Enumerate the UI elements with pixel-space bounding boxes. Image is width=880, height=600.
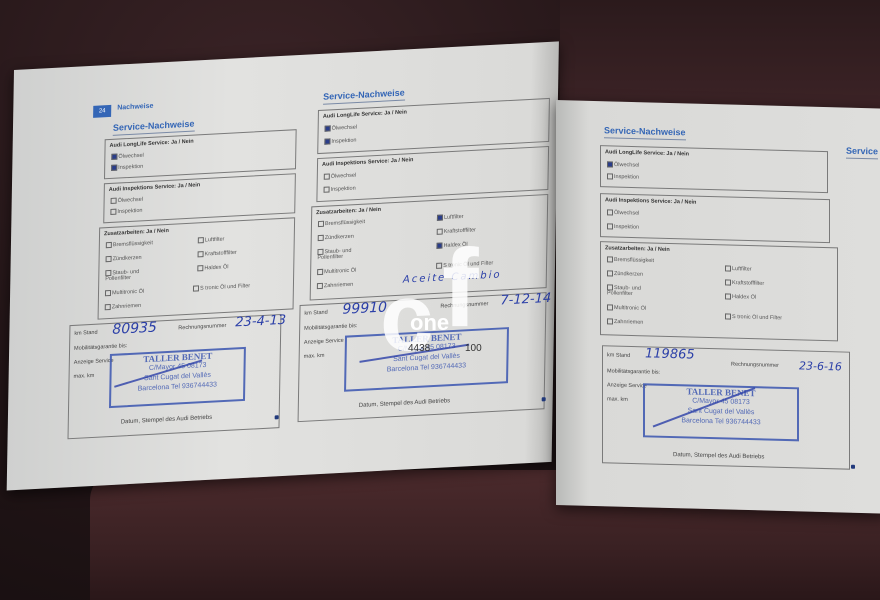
checkbox-icon bbox=[324, 173, 330, 179]
checkbox-item[interactable]: Zündkerzen bbox=[607, 270, 643, 277]
watermark-right-number: 100 bbox=[465, 343, 482, 354]
checkbox-icon bbox=[607, 173, 613, 179]
box-title: Audi Inspektions Service: Ja / Nein bbox=[605, 197, 696, 205]
invoice-label: Rechnungsnummer bbox=[178, 323, 226, 332]
checkbox-item[interactable]: Zündkerzen bbox=[106, 254, 142, 262]
checkbox-icon bbox=[198, 237, 204, 243]
checkbox-item[interactable]: Inspektion bbox=[111, 163, 143, 171]
checkbox-icon bbox=[193, 285, 199, 291]
checkbox-item[interactable]: Ölwechsel bbox=[324, 172, 356, 180]
checkbox-icon bbox=[607, 209, 613, 215]
max-km-label: max. km bbox=[607, 396, 628, 403]
service-record-box: km Stand 119865 Rechnungsnummer 23-6-16 … bbox=[602, 345, 850, 469]
checkbox-icon bbox=[106, 256, 112, 262]
checkbox-icon bbox=[111, 165, 117, 171]
watermark-left-number: 4438 bbox=[408, 343, 430, 354]
box-title: Audi LongLife Service: Ja / Nein bbox=[110, 139, 194, 149]
invoice-value: 23-6-16 bbox=[799, 359, 842, 373]
checkbox-icon bbox=[317, 283, 323, 289]
checkbox-icon bbox=[324, 186, 330, 192]
longlife-box: Audi LongLife Service: Ja / Nein Ölwechs… bbox=[317, 98, 550, 154]
max-km-label: max. km bbox=[74, 373, 95, 380]
checkbox-icon bbox=[607, 318, 613, 324]
box-title: Zusatzarbeiten: Ja / Nein bbox=[104, 228, 169, 237]
checkbox-item[interactable]: Kraftstofffilter bbox=[725, 279, 764, 286]
km-label: km Stand bbox=[607, 352, 630, 359]
page-marker bbox=[275, 415, 279, 419]
checkbox-icon bbox=[725, 313, 731, 319]
checkbox-icon bbox=[607, 270, 613, 276]
watermark-text: one bbox=[410, 310, 449, 336]
inspection-box: Audi Inspektions Service: Ja / Nein Ölwe… bbox=[103, 173, 296, 223]
stamp-caption: Datum, Stempel des Audi Betriebs bbox=[121, 415, 212, 426]
checkbox-icon bbox=[318, 221, 324, 227]
section-title: Service-Nachweise bbox=[113, 119, 195, 136]
checkbox-icon bbox=[105, 270, 111, 276]
checkbox-item[interactable]: S tronic Öl und Filter bbox=[193, 283, 250, 292]
checkbox-item[interactable]: Zündkerzen bbox=[318, 233, 354, 241]
checkbox-item[interactable]: Bremsflüssigkeit bbox=[106, 240, 153, 249]
checkbox-icon bbox=[197, 265, 203, 271]
next-section-title: Service bbox=[846, 146, 878, 160]
invoice-value: 7-12-14 bbox=[500, 291, 551, 309]
checkbox-item[interactable]: Multitronic Öl bbox=[317, 267, 356, 276]
right-page: Service-Nachweise Service Audi LongLife … bbox=[556, 100, 880, 514]
checkbox-item[interactable]: Inspektion bbox=[324, 185, 356, 193]
checkbox-item[interactable]: Bremsflüssigkeit bbox=[607, 256, 654, 264]
checkbox-icon bbox=[725, 279, 731, 285]
box-title: Zusatzarbeiten: Ja / Nein bbox=[316, 207, 381, 216]
checkbox-item[interactable]: Luftfilter bbox=[198, 236, 225, 244]
extra-work-box: Zusatzarbeiten: Ja / Nein Bremsflüssigke… bbox=[600, 241, 838, 341]
checkbox-icon bbox=[105, 304, 111, 310]
checkbox-item[interactable]: Multitronic Öl bbox=[105, 288, 144, 297]
display-label: Anzeige Service bbox=[304, 338, 344, 346]
checkbox-icon bbox=[324, 138, 330, 144]
invoice-label: Rechnungsnummer bbox=[731, 362, 779, 369]
checkbox-item[interactable]: Luftfilter bbox=[437, 213, 464, 221]
checkbox-icon bbox=[111, 198, 117, 204]
checkbox-icon bbox=[607, 161, 613, 167]
section-title: Service-Nachweise bbox=[323, 87, 405, 104]
stamp-caption: Datum, Stempel des Audi Betriebs bbox=[359, 398, 450, 409]
mobility-label: Mobilitätsgarantie bis: bbox=[607, 368, 660, 375]
checkbox-item[interactable]: Inspektion bbox=[110, 207, 142, 215]
service-record-box: km Stand 80935 Rechnungsnummer 23-4-13 M… bbox=[67, 314, 281, 439]
checkbox-icon bbox=[607, 256, 613, 262]
box-title: Zusatzarbeiten: Ja / Nein bbox=[605, 245, 670, 253]
checkbox-item[interactable]: Inspektion bbox=[607, 173, 639, 180]
workshop-stamp: TALLER BENET C/Mayor 45 08173 Sant Cugat… bbox=[109, 347, 246, 408]
checkbox-item[interactable]: Zahnriemen bbox=[607, 318, 643, 325]
inspection-box: Audi Inspektions Service: Ja / Nein Ölwe… bbox=[316, 146, 549, 202]
page-header: Nachweise bbox=[117, 103, 153, 112]
workshop-stamp: TALLER BENET C/Mayor 45 08173 Sant Cugat… bbox=[643, 383, 799, 441]
box-title: Audi Inspektions Service: Ja / Nein bbox=[109, 182, 200, 193]
checkbox-icon bbox=[111, 154, 117, 160]
checkbox-icon bbox=[317, 269, 323, 275]
checkbox-item[interactable]: Staub- und Pollenfilter bbox=[105, 267, 165, 283]
longlife-box: Audi LongLife Service: Ja / Nein Ölwechs… bbox=[600, 145, 828, 193]
km-label: km Stand bbox=[304, 310, 327, 317]
checkbox-icon bbox=[317, 249, 323, 255]
checkbox-item[interactable]: Zahnriemen bbox=[105, 302, 141, 310]
checkbox-item[interactable]: Multitronic Öl bbox=[607, 304, 646, 311]
checkbox-icon bbox=[318, 235, 324, 241]
checkbox-icon bbox=[198, 251, 204, 257]
seat-backrest bbox=[560, 0, 880, 110]
checkbox-icon bbox=[106, 242, 112, 248]
stamp-caption: Datum, Stempel des Audi Betriebs bbox=[673, 452, 764, 460]
page-number: 24 bbox=[93, 105, 111, 118]
watermark-logo: c f one 4438 100 bbox=[380, 240, 500, 365]
checkbox-icon bbox=[105, 290, 111, 296]
invoice-value: 23-4-13 bbox=[235, 313, 286, 331]
mobility-label: Mobilitätsgarantie bis: bbox=[304, 323, 357, 332]
box-title: Audi LongLife Service: Ja / Nein bbox=[323, 109, 407, 119]
checkbox-item[interactable]: Ölwechsel bbox=[607, 209, 639, 216]
checkbox-icon bbox=[437, 215, 443, 221]
display-label: Anzeige Service bbox=[74, 358, 114, 366]
checkbox-icon bbox=[607, 223, 613, 229]
checkbox-icon bbox=[607, 304, 613, 310]
box-title: Audi LongLife Service: Ja / Nein bbox=[605, 149, 689, 157]
km-value: 80935 bbox=[112, 320, 157, 338]
checkbox-item[interactable]: Inspektion bbox=[324, 137, 356, 145]
checkbox-item[interactable]: Kraftstofffilter bbox=[198, 249, 237, 258]
checkbox-item[interactable]: Luftfilter bbox=[725, 265, 752, 272]
km-value: 119865 bbox=[645, 346, 695, 362]
box-title: Audi Inspektions Service: Ja / Nein bbox=[322, 157, 413, 168]
page-marker bbox=[851, 465, 855, 469]
checkbox-item[interactable]: Haldex Öl bbox=[197, 264, 228, 272]
extra-work-box: Zusatzarbeiten: Ja / Nein Bremsflüssigke… bbox=[98, 217, 296, 319]
longlife-box: Audi LongLife Service: Ja / Nein Ölwechs… bbox=[104, 129, 297, 179]
section-title: Service-Nachweise bbox=[604, 125, 686, 140]
mobility-label: Mobilitätsgarantie bis: bbox=[74, 343, 127, 352]
checkbox-item[interactable]: Bremsflüssigkeit bbox=[318, 219, 365, 228]
checkbox-item[interactable]: Ölwechsel bbox=[111, 152, 143, 160]
checkbox-item[interactable]: Inspektion bbox=[607, 223, 639, 230]
checkbox-item[interactable]: Ölwechsel bbox=[111, 196, 143, 204]
checkbox-icon bbox=[110, 209, 116, 215]
checkbox-item[interactable]: Staub- und Pollenfilter bbox=[607, 284, 667, 298]
checkbox-icon bbox=[725, 265, 731, 271]
checkbox-icon bbox=[325, 125, 331, 131]
checkbox-icon bbox=[725, 293, 731, 299]
page-marker bbox=[542, 397, 546, 401]
checkbox-item[interactable]: S tronic Öl und Filter bbox=[725, 313, 782, 321]
checkbox-item[interactable]: Staub- und Pollenfilter bbox=[317, 246, 377, 262]
checkbox-item[interactable]: Ölwechsel bbox=[607, 161, 639, 168]
max-km-label: max. km bbox=[304, 353, 325, 360]
checkbox-item[interactable]: Zahnriemen bbox=[317, 281, 353, 289]
checkbox-item[interactable]: Haldex Öl bbox=[725, 293, 756, 300]
checkbox-item[interactable]: Ölwechsel bbox=[325, 124, 357, 132]
display-label: Anzeige Service bbox=[607, 382, 647, 389]
checkbox-icon bbox=[607, 284, 613, 290]
km-label: km Stand bbox=[74, 330, 97, 337]
inspection-box: Audi Inspektions Service: Ja / Nein Ölwe… bbox=[600, 193, 830, 243]
